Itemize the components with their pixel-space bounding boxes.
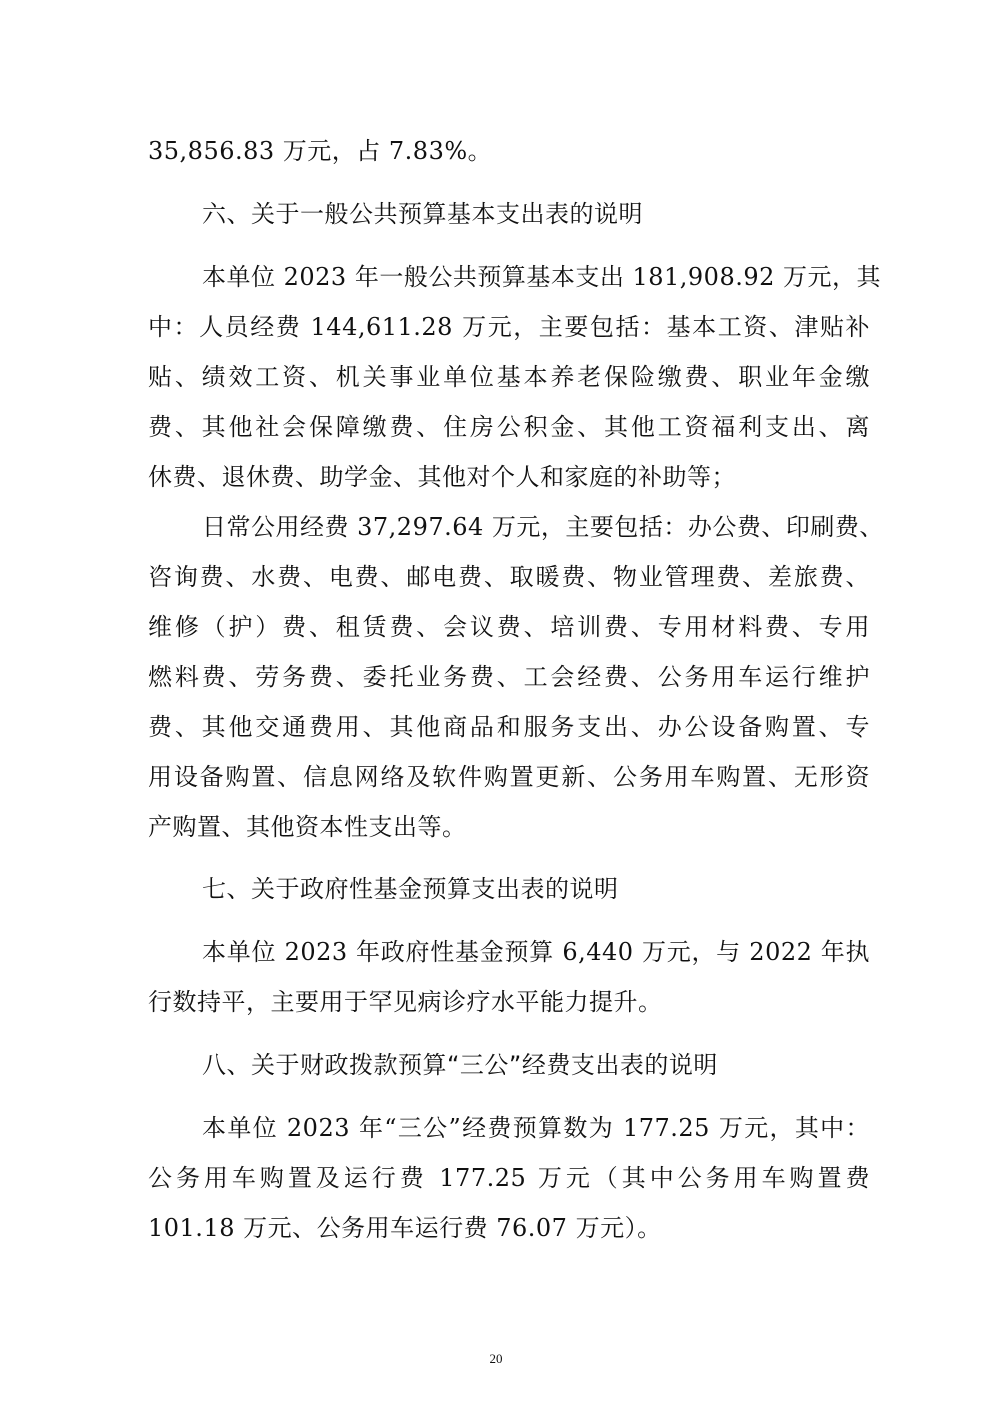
paragraph-line: 本单位 2023 年“三公”经费预算数为 177.25 万元，其中： [202, 1108, 870, 1148]
paragraph-line: 贴、绩效工资、机关事业单位基本养老保险缴费、职业年金缴 [148, 357, 870, 397]
paragraph-line: 用设备购置、信息网络及软件购置更新、公务用车购置、无形资 [148, 757, 870, 797]
section-heading-6: 六、关于一般公共预算基本支出表的说明 [202, 194, 643, 234]
document-page: 35,856.83 万元，占 7.83%。 六、关于一般公共预算基本支出表的说明… [0, 0, 992, 1403]
paragraph-line: 咨询费、水费、电费、邮电费、取暖费、物业管理费、差旅费、 [148, 557, 870, 597]
paragraph-line: 101.18 万元、公务用车运行费 76.07 万元）。 [148, 1208, 870, 1248]
paragraph-line: 休费、退休费、助学金、其他对个人和家庭的补助等； [148, 457, 870, 497]
paragraph-line: 公务用车购置及运行费 177.25 万元（其中公务用车购置费 [148, 1158, 870, 1198]
paragraph-line: 维修（护）费、租赁费、会议费、培训费、专用材料费、专用 [148, 607, 870, 647]
section-heading-7: 七、关于政府性基金预算支出表的说明 [202, 869, 619, 909]
paragraph-line: 35,856.83 万元，占 7.83%。 [148, 131, 870, 171]
paragraph-line: 费、其他社会保障缴费、住房公积金、其他工资福利支出、离 [148, 407, 870, 447]
paragraph-line: 行数持平，主要用于罕见病诊疗水平能力提升。 [148, 982, 870, 1022]
paragraph-line: 本单位 2023 年政府性基金预算 6,440 万元，与 2022 年执 [202, 932, 870, 972]
paragraph-line: 燃料费、劳务费、委托业务费、工会经费、公务用车运行维护 [148, 657, 870, 697]
paragraph-line: 本单位 2023 年一般公共预算基本支出 181,908.92 万元，其 [202, 257, 870, 297]
paragraph-line: 产购置、其他资本性支出等。 [148, 807, 870, 847]
paragraph-line: 中：人员经费 144,611.28 万元，主要包括：基本工资、津贴补 [148, 307, 870, 347]
page-number: 20 [0, 1351, 992, 1367]
paragraph-line: 费、其他交通费用、其他商品和服务支出、办公设备购置、专 [148, 707, 870, 747]
paragraph-line: 日常公用经费 37,297.64 万元，主要包括：办公费、印刷费、 [202, 507, 870, 547]
section-heading-8: 八、关于财政拨款预算“三公”经费支出表的说明 [202, 1045, 718, 1085]
